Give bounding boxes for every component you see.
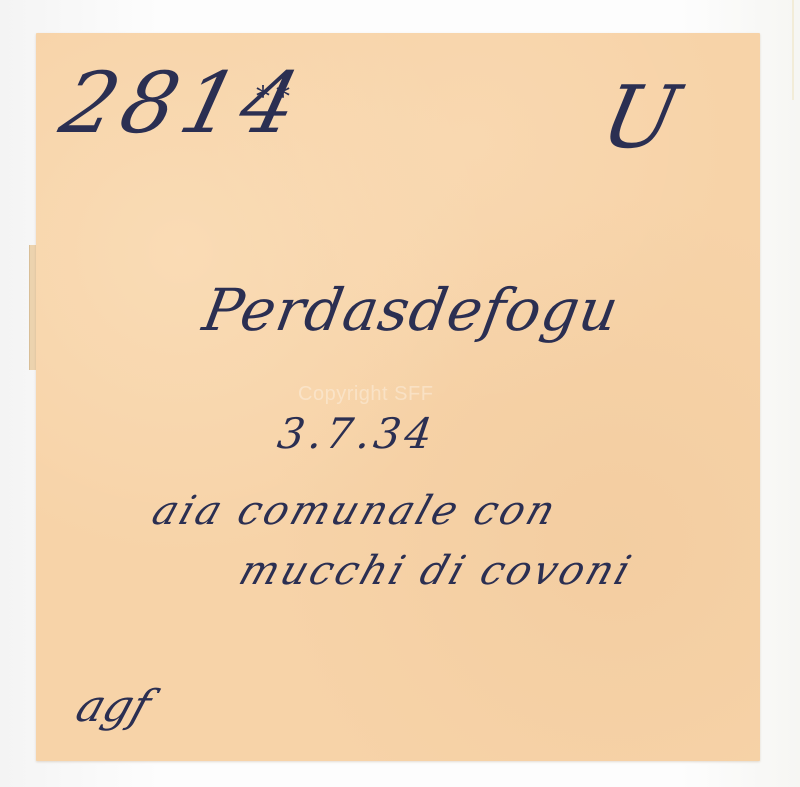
stars-mark: ** bbox=[256, 83, 296, 111]
place-name: Perdasdefogu bbox=[199, 281, 623, 339]
copyright-watermark: Copyright SFF bbox=[298, 383, 433, 406]
edge-line bbox=[792, 0, 794, 100]
description-line-1: aia comunale con bbox=[148, 491, 563, 531]
corner-letter: U bbox=[595, 75, 686, 161]
description-line-2: mucchi di covoni bbox=[235, 551, 639, 591]
date: 3.7.34 bbox=[275, 413, 438, 455]
initials: agf bbox=[71, 685, 156, 729]
photo-background: 2814 ** U Perdasdefogu 3.7.34 aia comuna… bbox=[0, 0, 800, 787]
archive-label-card: 2814 ** U Perdasdefogu 3.7.34 aia comuna… bbox=[36, 33, 760, 761]
